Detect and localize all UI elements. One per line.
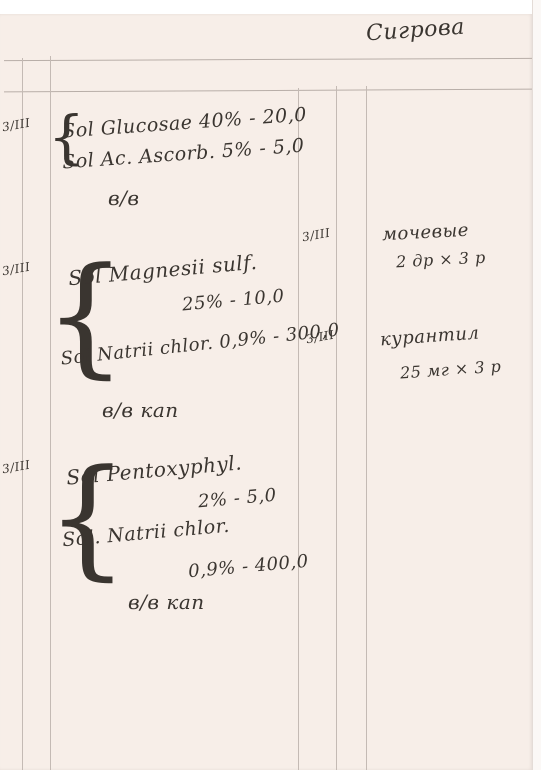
scan-right-margin (532, 0, 541, 770)
entry-1-route: в/в (108, 186, 140, 210)
column-line-1 (22, 58, 23, 770)
entry-2-route: в/в кап (102, 398, 179, 422)
column-line-3 (298, 88, 299, 770)
column-line-4 (336, 86, 337, 770)
column-line-5 (366, 86, 367, 770)
scan-top-margin (0, 0, 541, 14)
entry-3-route: в/в кап (128, 590, 205, 614)
